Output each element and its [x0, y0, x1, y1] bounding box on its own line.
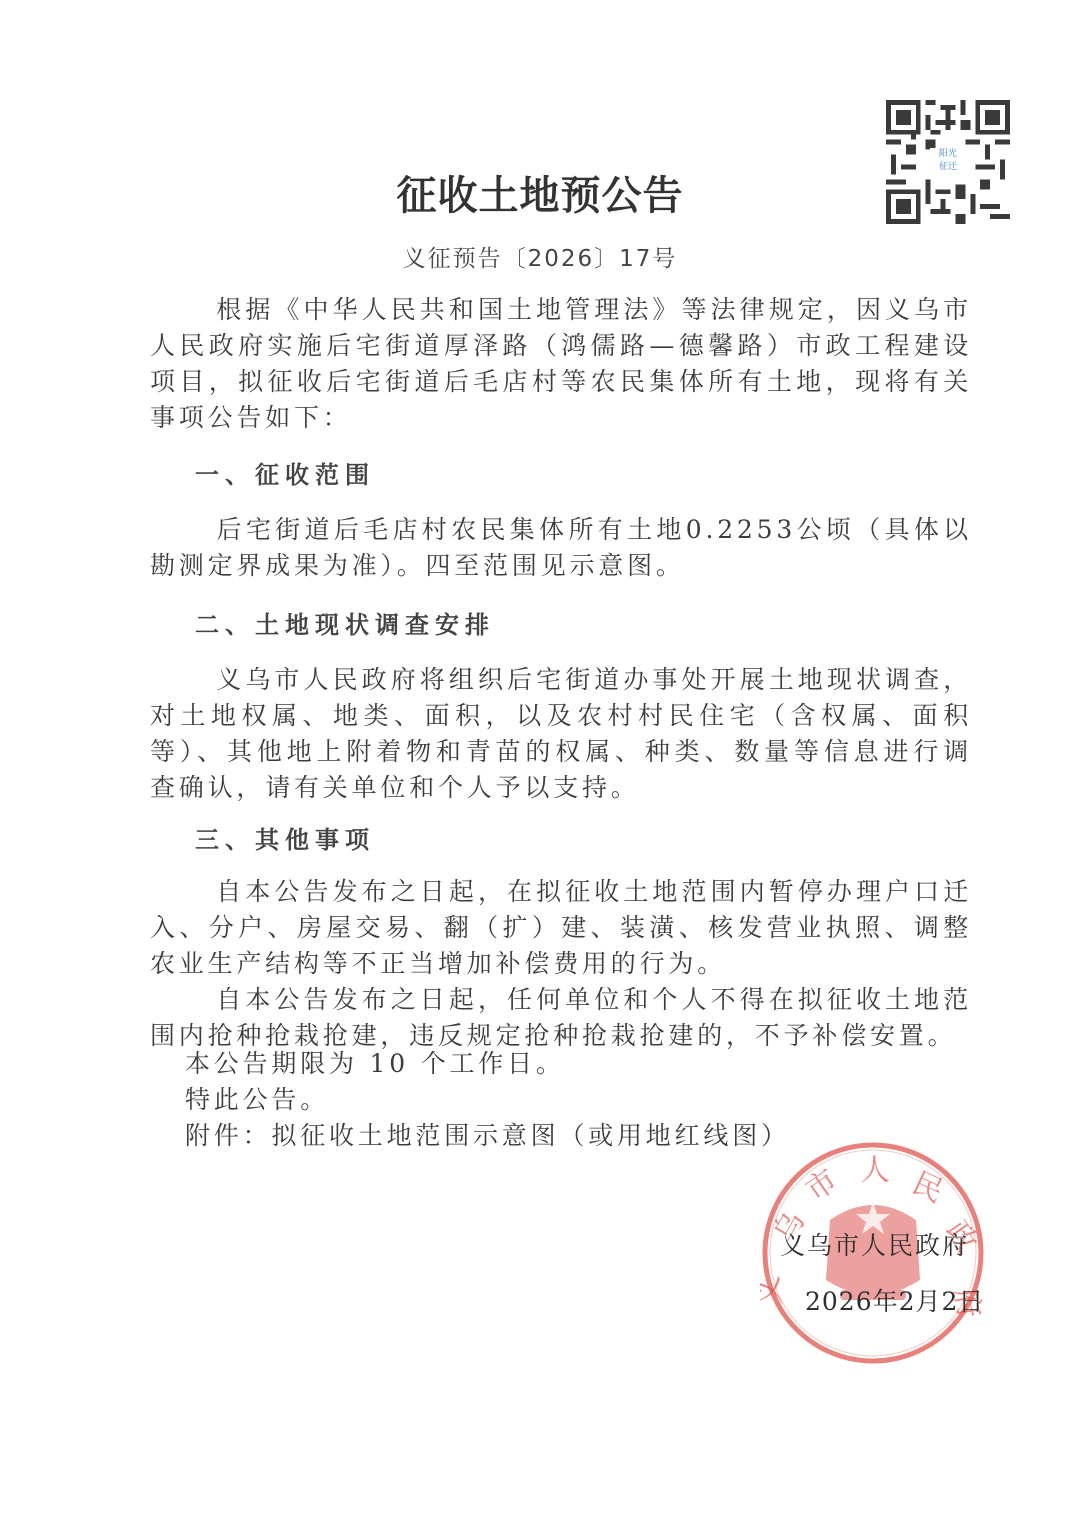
intro-paragraph: 根据《中华人民共和国土地管理法》等法律规定，因义乌市人民政府实施后宅街道厚泽路（…: [150, 292, 972, 436]
hereby-notice: 特此公告。: [185, 1082, 329, 1118]
svg-text:义: 义: [760, 1274, 788, 1307]
section-other-paragraph-1: 自本公告发布之日起，在拟征收土地范围内暂停办理户口迁入、分户、房屋交易、翻（扩）…: [150, 874, 972, 982]
issuer-signature: 义乌市人民政府: [780, 1226, 969, 1262]
attachment-link[interactable]: 附件：拟征收土地范围示意图（或用地红线图）: [185, 1118, 790, 1154]
document-title: 征收土地预公告: [0, 164, 1080, 221]
section-heading-survey: 二、土地现状调查安排: [195, 605, 495, 640]
issue-date: 2026年2月2日: [805, 1282, 984, 1318]
section-heading-scope: 一、征收范围: [195, 455, 375, 490]
section-survey-paragraph: 义乌市人民政府将组织后宅街道办事处开展土地现状调查，对土地权属、地类、面积，以及…: [150, 662, 972, 806]
document-number: 义征预告〔2026〕17号: [0, 240, 1080, 273]
section-heading-other: 三、其他事项: [195, 820, 375, 855]
section-other-paragraph-2: 自本公告发布之日起，任何单位和个人不得在拟征收土地范围内抢种抢栽抢建，违反规定抢…: [150, 982, 972, 1054]
notice-period: 本公告期限为 10 个工作日。: [185, 1046, 565, 1082]
section-scope-paragraph: 后宅街道后毛店村农民集体所有土地0.2253公顷（具体以勘测定界成果为准）。四至…: [150, 512, 972, 584]
svg-text:人: 人: [860, 1153, 890, 1188]
